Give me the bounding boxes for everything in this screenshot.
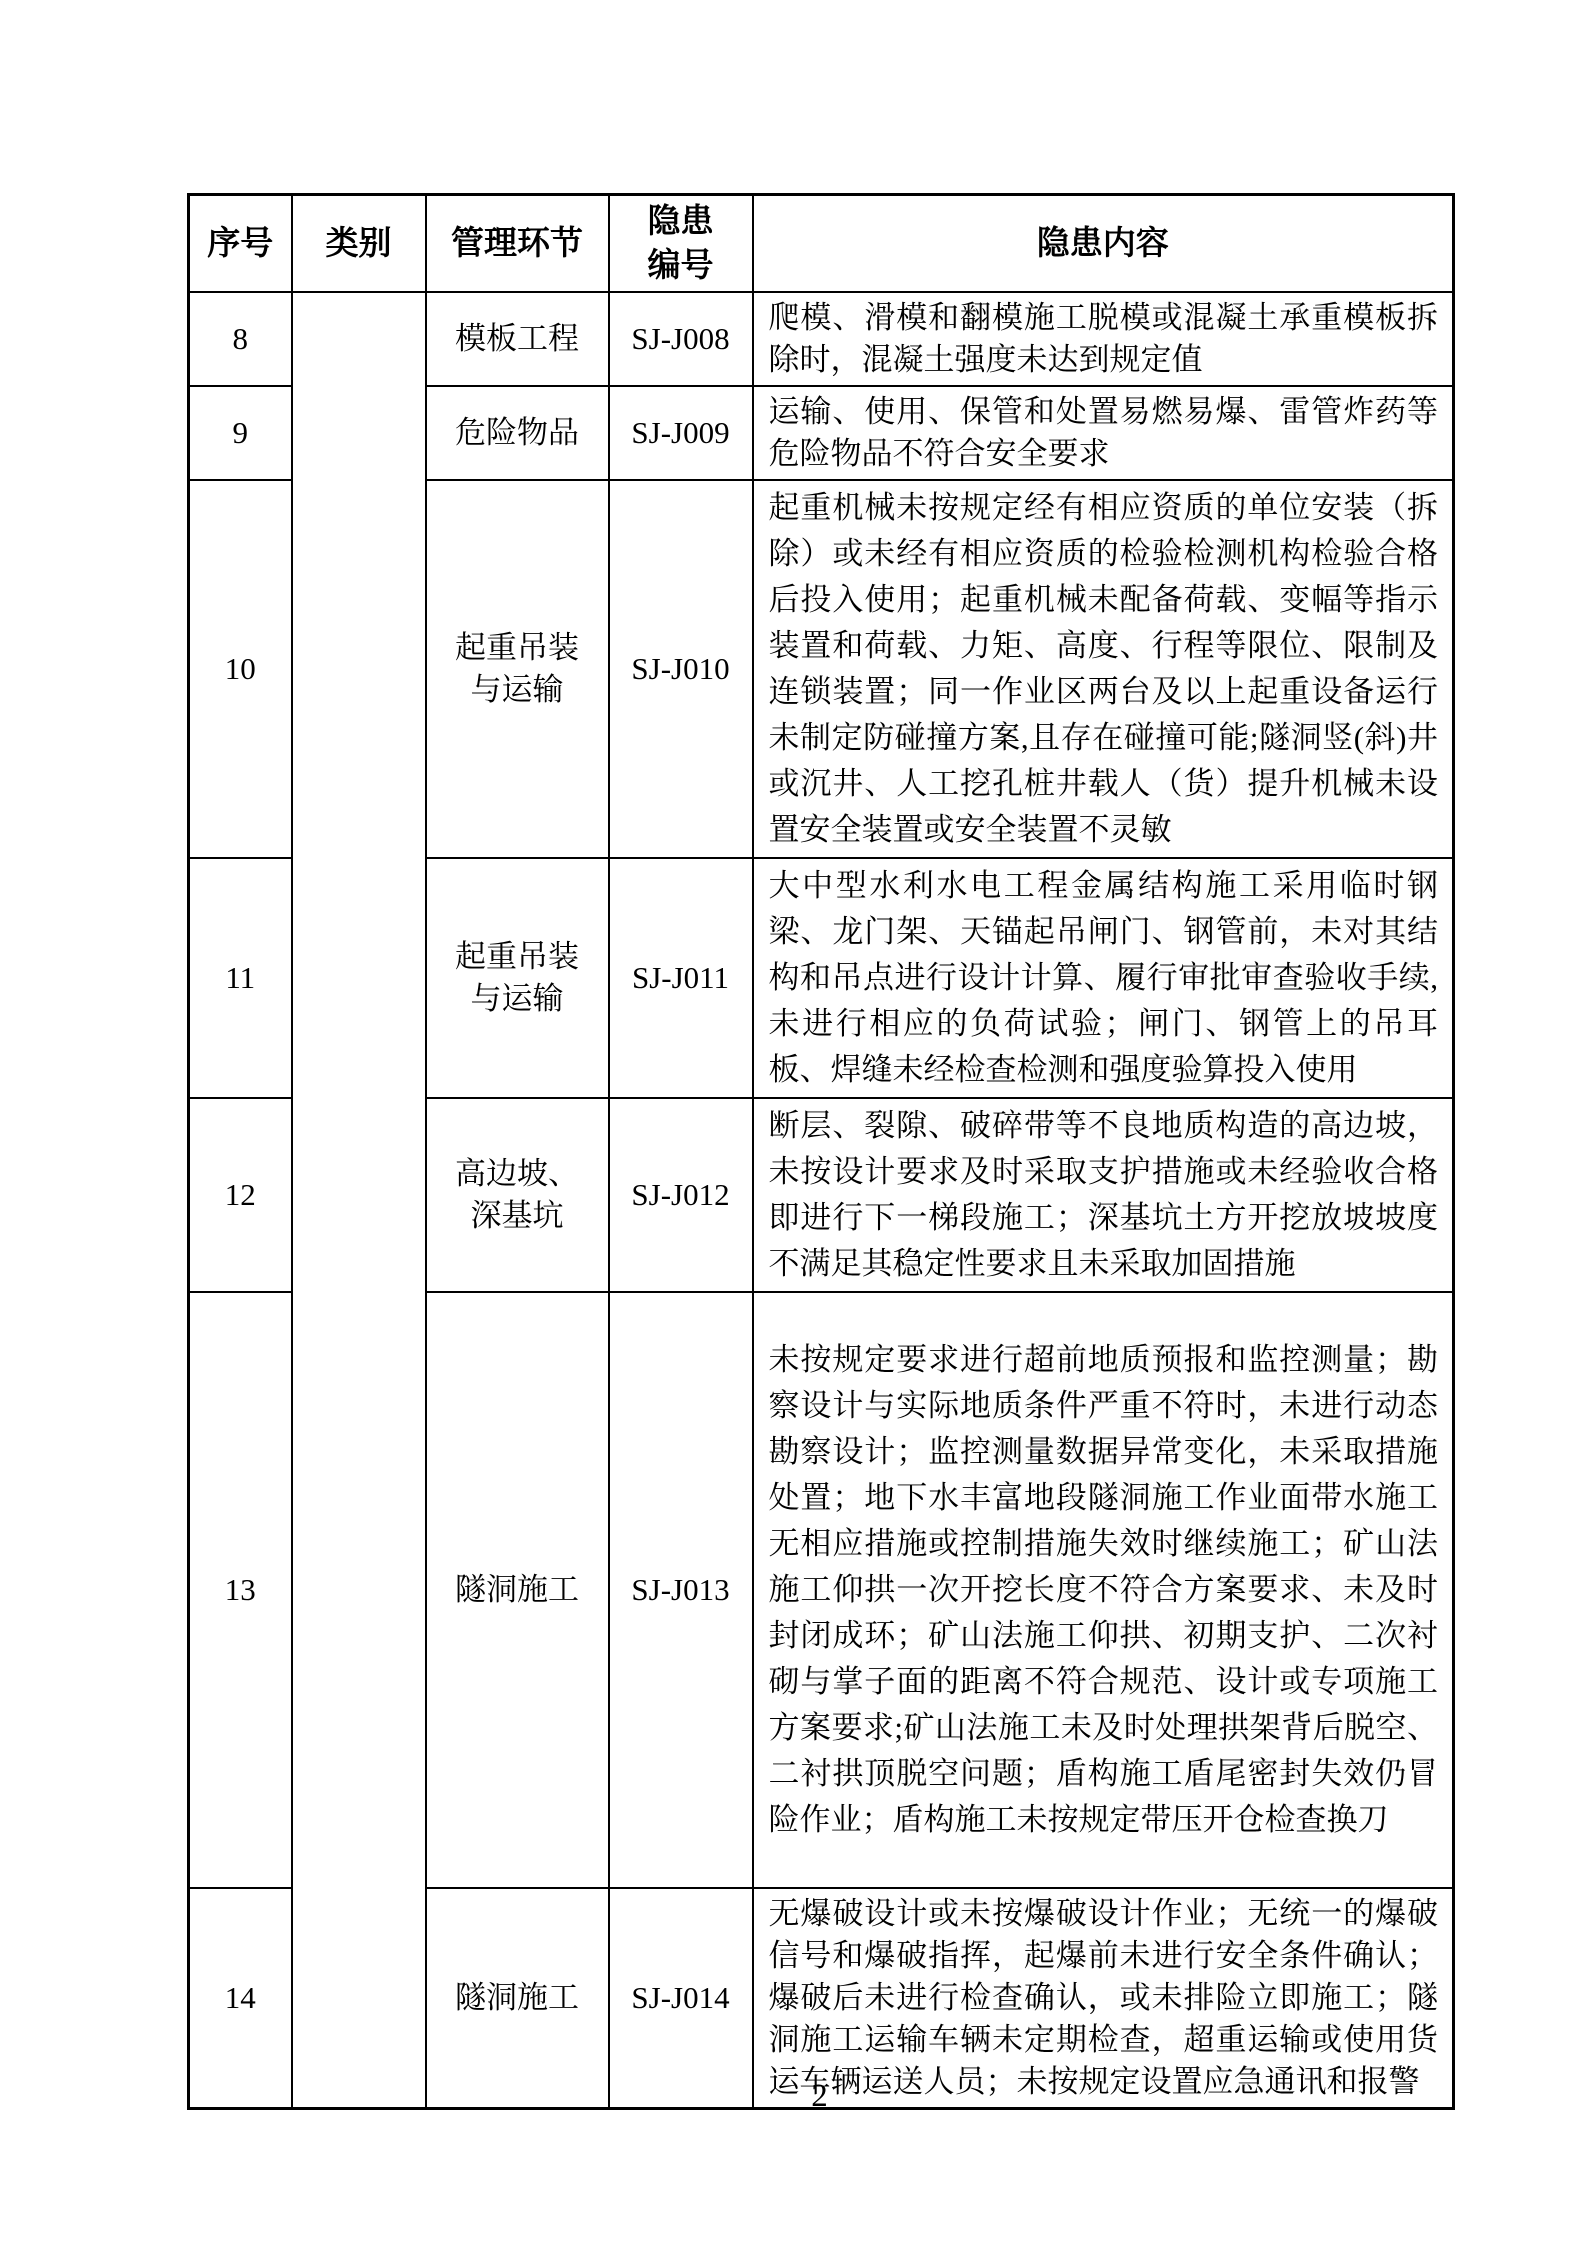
cell-content: 大中型水利水电工程金属结构施工采用临时钢梁、龙门架、天锚起吊闸门、钢管前，未对其… (753, 858, 1454, 1098)
cell-no: 11 (189, 858, 292, 1098)
table-row: 8 模板工程 SJ-J008 爬模、滑模和翻模施工脱模或混凝土承重模板拆除时，混… (189, 292, 1454, 386)
cell-stage: 模板工程 (426, 292, 609, 386)
cell-code: SJ-J010 (609, 480, 753, 858)
document-page: 序号 类别 管理环节 隐患 编号 隐患内容 8 模板工程 SJ-J008 爬模、… (0, 0, 1587, 2245)
cell-stage: 危险物品 (426, 386, 609, 480)
cell-code: SJ-J008 (609, 292, 753, 386)
header-no: 序号 (189, 195, 292, 292)
header-stage: 管理环节 (426, 195, 609, 292)
cell-code: SJ-J011 (609, 858, 753, 1098)
cell-code: SJ-J013 (609, 1292, 753, 1888)
cell-category-merged (292, 292, 426, 2109)
cell-no: 13 (189, 1292, 292, 1888)
cell-content: 爬模、滑模和翻模施工脱模或混凝土承重模板拆除时，混凝土强度未达到规定值 (753, 292, 1454, 386)
cell-no: 8 (189, 292, 292, 386)
cell-no: 10 (189, 480, 292, 858)
cell-stage: 隧洞施工 (426, 1292, 609, 1888)
table-header-row: 序号 类别 管理环节 隐患 编号 隐患内容 (189, 195, 1454, 292)
cell-stage: 高边坡、深基坑 (426, 1098, 609, 1292)
cell-content: 起重机械未按规定经有相应资质的单位安装（拆除）或未经有相应资质的检验检测机构检验… (753, 480, 1454, 858)
cell-content: 未按规定要求进行超前地质预报和监控测量；勘察设计与实际地质条件严重不符时，未进行… (753, 1292, 1454, 1888)
header-content: 隐患内容 (753, 195, 1454, 292)
cell-stage: 起重吊装与运输 (426, 480, 609, 858)
cell-no: 9 (189, 386, 292, 480)
cell-code: SJ-J012 (609, 1098, 753, 1292)
cell-content: 运输、使用、保管和处置易燃易爆、雷管炸药等危险物品不符合安全要求 (753, 386, 1454, 480)
hazard-table: 序号 类别 管理环节 隐患 编号 隐患内容 8 模板工程 SJ-J008 爬模、… (187, 193, 1455, 2110)
page-number: 2 (187, 2072, 1452, 2120)
cell-no: 12 (189, 1098, 292, 1292)
header-code: 隐患 编号 (609, 195, 753, 292)
cell-code: SJ-J009 (609, 386, 753, 480)
header-category: 类别 (292, 195, 426, 292)
cell-content: 断层、裂隙、破碎带等不良地质构造的高边坡，未按设计要求及时采取支护措施或未经验收… (753, 1098, 1454, 1292)
cell-stage: 起重吊装与运输 (426, 858, 609, 1098)
